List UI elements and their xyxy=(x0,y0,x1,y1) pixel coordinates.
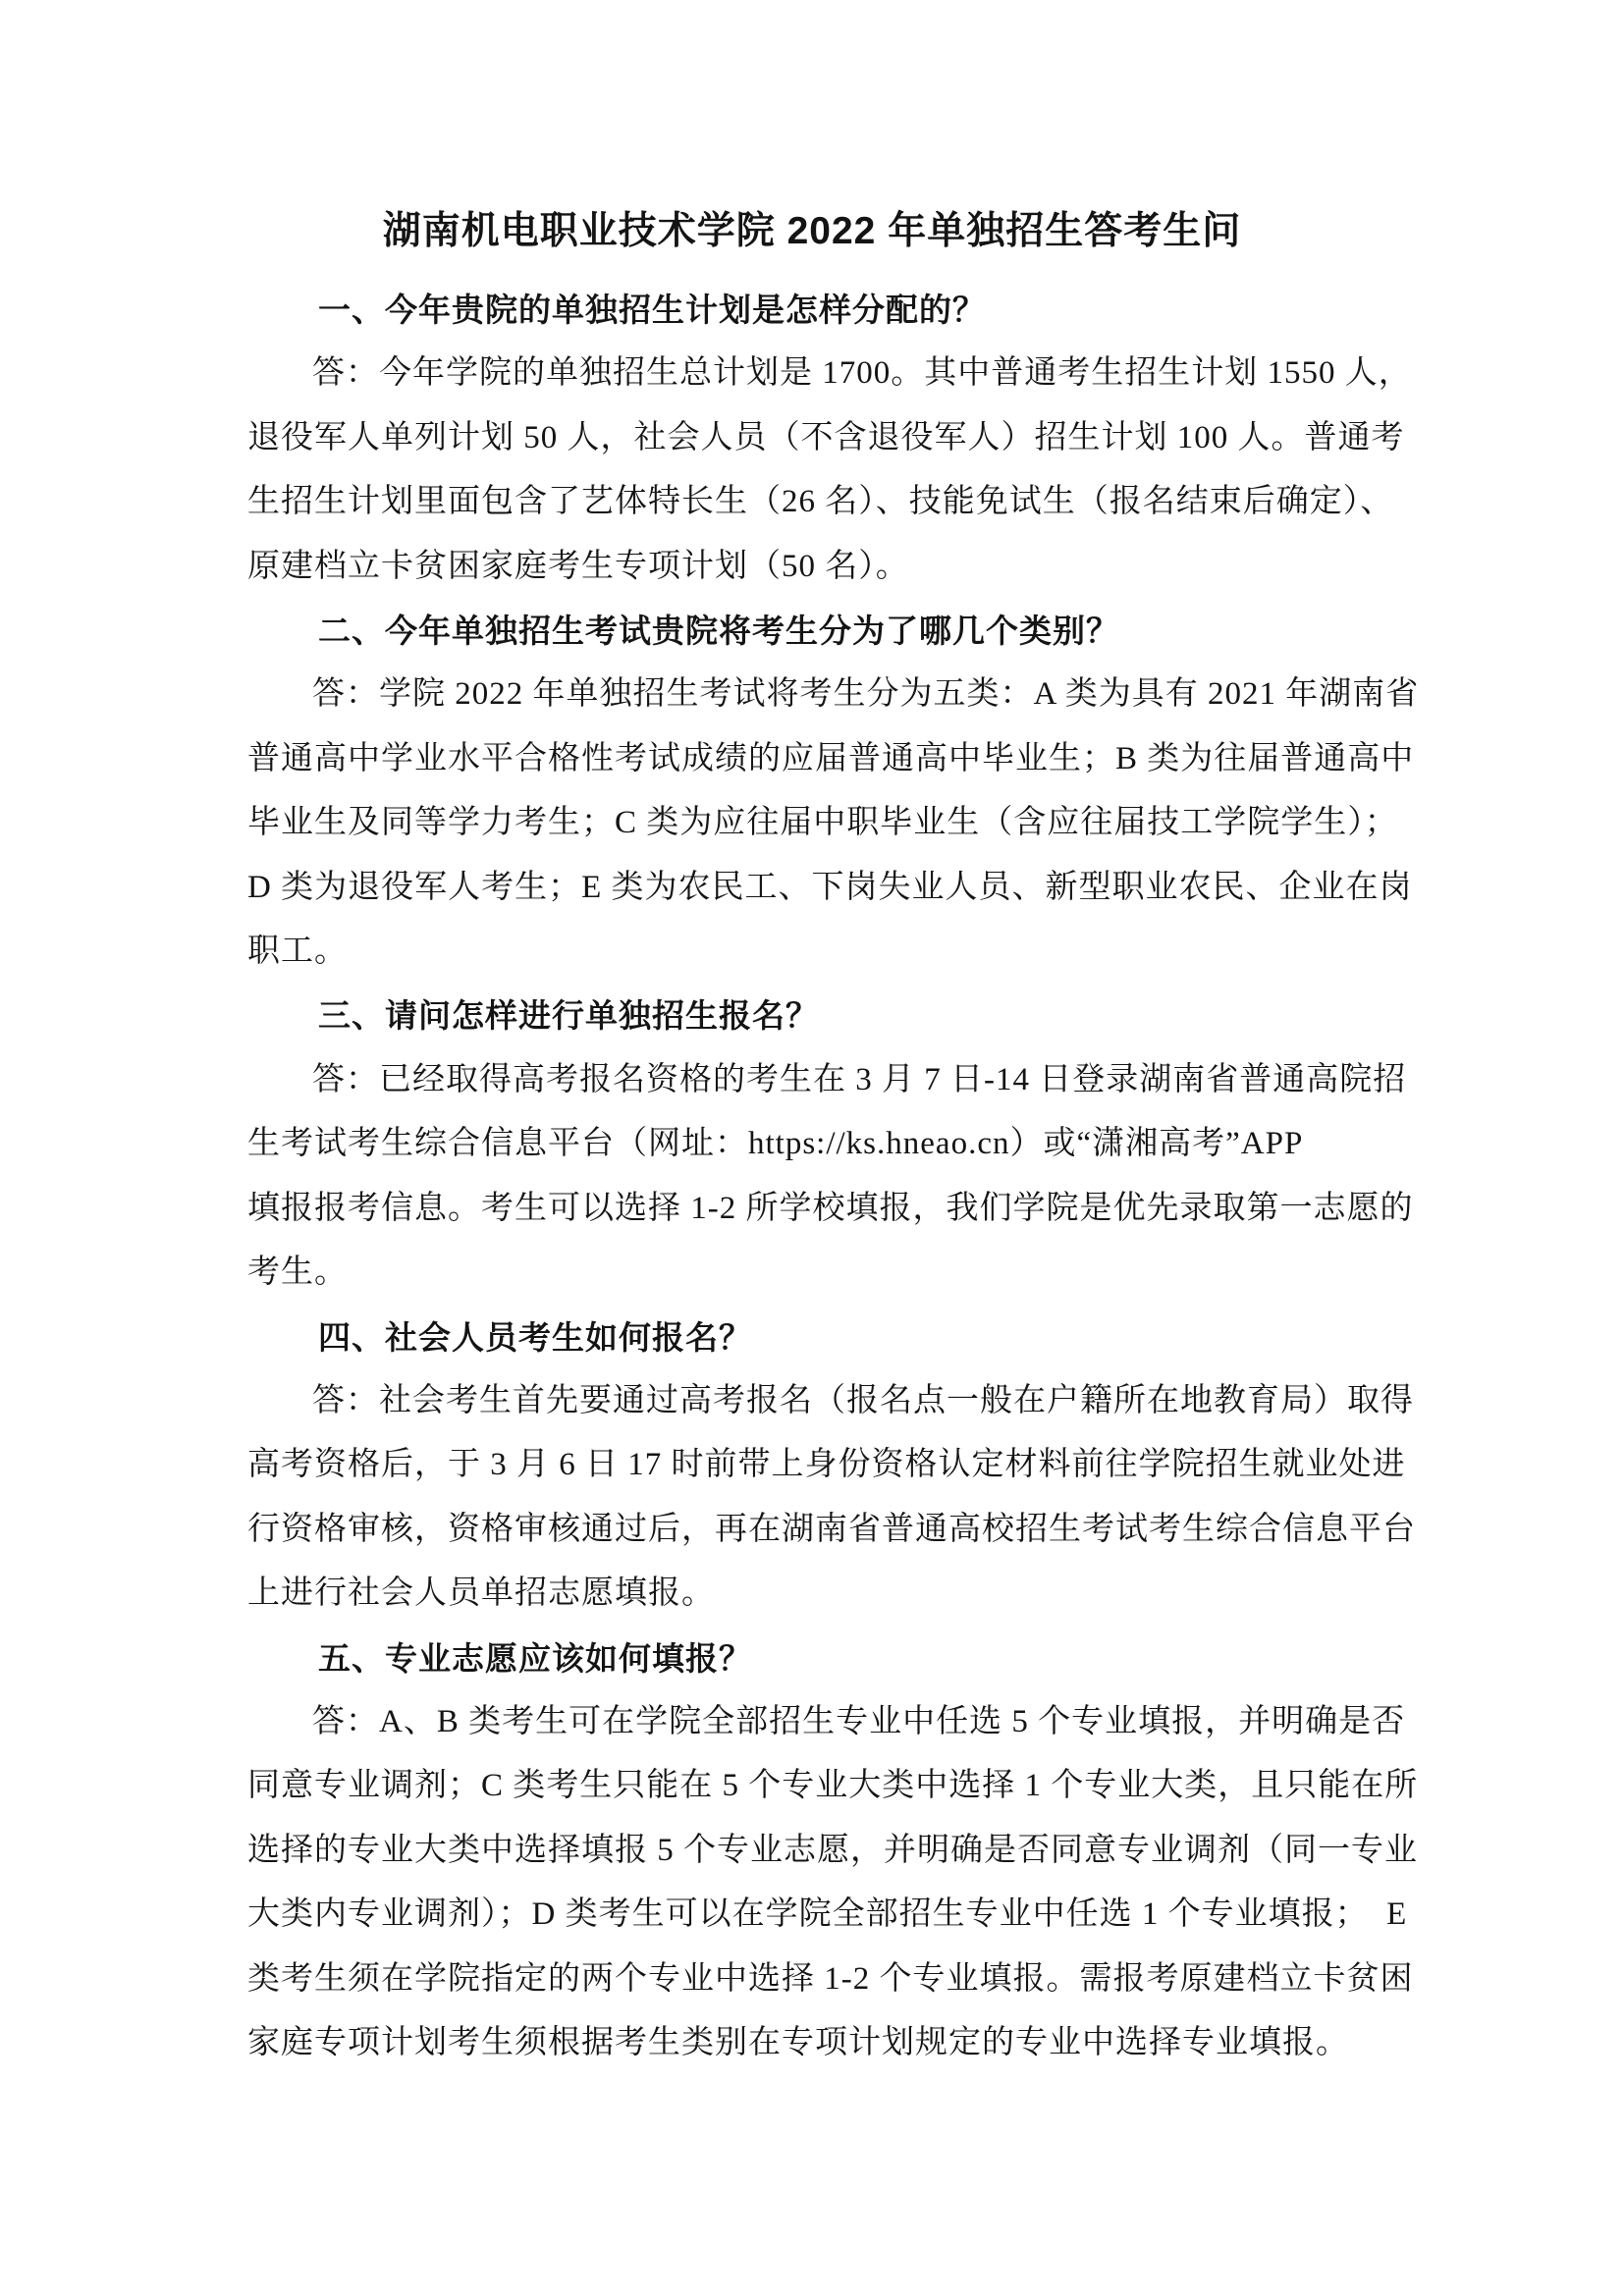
section-3-line-2: 生考试考生综合信息平台（网址：https://ks.hneao.cn）或“潇湘高… xyxy=(247,1112,1514,1176)
section-4-line-2: 高考资格后，于 3 月 6 日 17 时前带上身份资格认定材料前往学院招生就业处… xyxy=(247,1433,1514,1497)
section-5-line-3: 选择的专业大类中选择填报 5 个专业志愿，并明确是否同意专业调剂（同一专业 xyxy=(247,1819,1514,1883)
section-2-line-3: 毕业生及同等学力考生；C 类为应往届中职毕业生（含应往届技工学院学生）； xyxy=(247,791,1514,855)
section-5-line-4: 大类内专业调剂）；D 类考生可以在学院全部招生专业中任选 1 个专业填报； E xyxy=(247,1883,1514,1947)
section-1-line-3: 生招生计划里面包含了艺体特长生（26 名）、技能免试生（报名结束后确定）、 xyxy=(247,470,1514,534)
section-5-line-5: 类考生须在学院指定的两个专业中选择 1-2 个专业填报。需报考原建档立卡贫困 xyxy=(247,1948,1514,2011)
section-3-line-4: 考生。 xyxy=(247,1241,1514,1305)
section-1-line-2: 退役军人单列计划 50 人，社会人员（不含退役军人）招生计划 100 人。普通考 xyxy=(247,406,1514,470)
section-4-line-4: 上进行社会人员单招志愿填报。 xyxy=(247,1562,1514,1626)
section-4-line-3: 行资格审核，资格审核通过后，再在湖南省普通高校招生考试考生综合信息平台 xyxy=(247,1498,1514,1562)
section-1-line-1: 答：今年学院的单独招生总计划是 1700。其中普通考生招生计划 1550 人， xyxy=(247,342,1514,405)
document-title: 湖南机电职业技术学院 2022 年单独招生答考生问 xyxy=(0,208,1624,255)
section-5-line-6: 家庭专项计划考生须根据考生类别在专项计划规定的专业中选择专业填报。 xyxy=(247,2011,1514,2075)
section-3-line-3: 填报报考信息。考生可以选择 1-2 所学校填报，我们学院是优先录取第一志愿的 xyxy=(247,1177,1514,1241)
section-2-line-2: 普通高中学业水平合格性考试成绩的应届普通高中毕业生；B 类为往届普通高中 xyxy=(247,727,1514,791)
section-1-line-4: 原建档立卡贫困家庭考生专项计划（50 名）。 xyxy=(247,535,1514,599)
section-4-line-1: 答：社会考生首先要通过高考报名（报名点一般在户籍所在地教育局）取得 xyxy=(247,1369,1514,1433)
section-1-heading: 一、今年贵院的单独招生计划是怎样分配的？ xyxy=(247,278,1514,342)
section-2-line-1: 答：学院 2022 年单独招生考试将考生分为五类：A 类为具有 2021 年湖南… xyxy=(247,663,1514,726)
document-page: 湖南机电职业技术学院 2022 年单独招生答考生问 一、今年贵院的单独招生计划是… xyxy=(0,0,1624,2296)
section-2-heading: 二、今年单独招生考试贵院将考生分为了哪几个类别？ xyxy=(247,599,1514,663)
section-2-line-5: 职工。 xyxy=(247,920,1514,984)
section-5-line-2: 同意专业调剂；C 类考生只能在 5 个专业大类中选择 1 个专业大类，且只能在所 xyxy=(247,1754,1514,1818)
section-2-line-4: D 类为退役军人考生；E 类为农民工、下岗失业人员、新型职业农民、企业在岗 xyxy=(247,856,1514,920)
section-3-heading: 三、请问怎样进行单独招生报名？ xyxy=(247,984,1514,1047)
section-4-heading: 四、社会人员考生如何报名？ xyxy=(247,1306,1514,1369)
section-5-heading: 五、专业志愿应该如何填报？ xyxy=(247,1627,1514,1690)
section-3-line-1: 答：已经取得高考报名资格的考生在 3 月 7 日-14 日登录湖南省普通高院招 xyxy=(247,1048,1514,1112)
document-body: 一、今年贵院的单独招生计划是怎样分配的？ 答：今年学院的单独招生总计划是 170… xyxy=(247,278,1514,2075)
section-5-line-1: 答：A、B 类考生可在学院全部招生专业中任选 5 个专业填报，并明确是否 xyxy=(247,1690,1514,1754)
